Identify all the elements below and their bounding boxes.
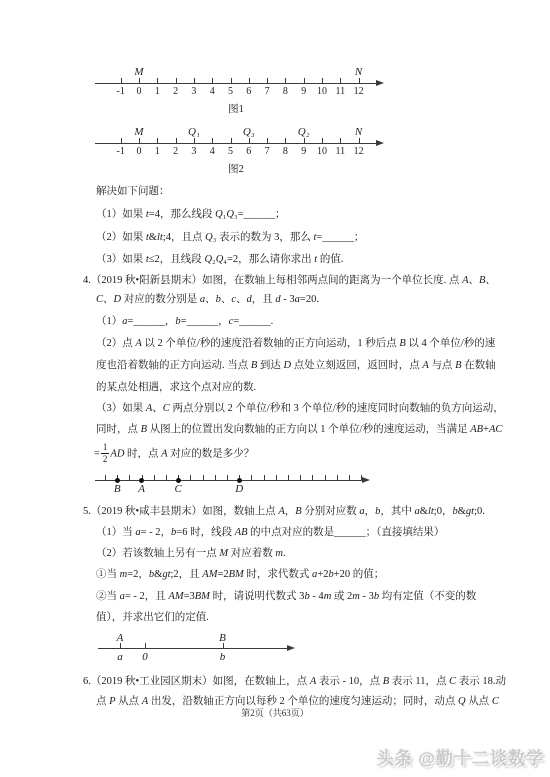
numberline-axis [95,83,377,84]
tick-mark [349,475,350,480]
numberline-axis [95,143,377,144]
point-label: b [211,651,235,663]
tick-mark [139,78,140,83]
problem4-line-5: 度也沿着数轴的正方向运动. 当点 B 到达 D 点处立刻返回，返回时，点 A 与… [96,358,496,374]
tick-label: 12 [347,146,371,157]
axis-arrow-icon [362,477,370,483]
fraction-suffix: AD 时，点 A 对应的数是多少？ [110,448,254,459]
point-label: Q₁ [182,126,206,138]
tick-mark [285,138,286,143]
tick-mark [249,78,250,83]
point-dot [115,478,120,483]
problem3-item-2: （2）如果 t&lt;4，且点 Q₃ 表示的数为 3，那么 t=______； [96,230,364,246]
tick-mark [276,475,277,480]
problem5-line-6: 值），并求出它们的定值. [96,610,209,626]
point-label: Q₂ [292,126,316,138]
problem6-line-1: 6.（2019 秋•工业园区期末）如图，在数轴上，点 A 表示 - 10，点 B… [83,674,506,690]
tick-mark [340,78,341,83]
tick-mark [267,78,268,83]
numberline-axis [95,480,363,481]
figure-caption: 图2 [95,161,377,176]
problem5-line-1: 5.（2019 秋•咸丰县期末）如图，数轴上点 A，B 分别对应数 a，b，其中… [83,504,485,520]
problem4-line-fraction: =12AD 时，点 A 对应的数是多少？ [94,443,254,465]
problem5-line-2: （1）当 a= - 2，b=6 时，线段 AB 的中点对应的数是______；（… [96,525,444,541]
problem5-line-3: （2）若该数轴上另有一点 M 对应着数 m. [96,546,286,562]
problem3-intro: 解决如下问题： [96,184,170,200]
tick-mark [227,475,228,480]
tick-mark [251,475,252,480]
figure-caption: 图1 [95,101,377,116]
tick-mark [359,138,360,143]
problem3-item-1: （1）如果 t=4，那么线段 Q₁Q₃=______； [96,207,286,223]
tick-mark [157,78,158,83]
problem4-line-4: （2）点 A 以 2 个单位/秒的速度沿着数轴的正方向运动，1 秒后点 B 以 … [96,336,495,352]
axis-arrow-icon [376,80,384,86]
tick-mark [322,78,323,83]
problem5-line-4: ①当 m=2，b&gt;2，且 AM=2BM 时，求代数式 a+2b+20 的值… [96,567,384,583]
problem4-line-2: C、D 对应的数分别是 a、b、c、d，且 d - 3a=20. [96,292,319,308]
tick-mark [340,138,341,143]
worksheet-page: -10123456789101112MN图1 -1012345678910111… [0,0,550,777]
tick-mark [194,78,195,83]
tick-mark [337,475,338,480]
tick-mark [157,138,158,143]
point-label: B [211,632,235,644]
tick-mark [231,138,232,143]
tick-mark [145,643,146,648]
tick-mark [105,475,106,480]
point-dot [237,478,242,483]
tick-label: 12 [347,86,371,97]
fraction-denominator: 2 [103,454,108,464]
tick-mark [300,475,301,480]
point-label: a [108,651,132,663]
tick-mark [312,475,313,480]
point-dot [176,478,181,483]
point-label: M [127,126,151,138]
fraction-one-half: 12 [101,443,110,465]
tick-mark [304,78,305,83]
tick-mark [190,475,191,480]
tick-mark [139,138,140,143]
problem4-numberline: BACD [90,470,380,500]
tick-mark [361,475,362,480]
tick-mark [285,78,286,83]
point-label: N [347,126,371,138]
page-footer: 第2页（共63页） [0,706,550,719]
point-label: D [227,483,251,495]
tick-mark [176,138,177,143]
problem4-line-1: 4.（2019 秋•阳新县期末）如图，在数轴上每相邻两点间的距离为一个单位长度.… [83,273,496,289]
point-label: Q₃ [237,126,261,138]
point-label: N [347,66,371,78]
tick-mark [154,475,155,480]
point-label: A [108,632,132,644]
tick-mark [264,475,265,480]
point-dot [139,478,144,483]
point-label: M [127,66,151,78]
problem4-line-3: （1）a=______，b=______，c=______. [96,314,273,330]
tick-mark [129,475,130,480]
problem3-item-3: （3）如果 t≤2，且线段 Q₂Q₄=2，那么请你求出 t 的值. [96,252,343,268]
figure1-numberline: -10123456789101112MN图1 [90,66,400,118]
point-label: A [130,483,154,495]
tick-mark [212,138,213,143]
point-label: 0 [133,651,157,663]
tick-mark [304,138,305,143]
tick-mark [288,475,289,480]
tick-mark [325,475,326,480]
problem4-line-7: （3）如果 A、C 两点分别以 2 个单位/秒和 3 个单位/秒的速度同时向数轴… [96,401,504,417]
tick-mark [212,78,213,83]
point-label: B [105,483,129,495]
tick-mark [194,138,195,143]
tick-mark [121,78,122,83]
problem4-line-6: 的某点处相遇，求这个点对应的数. [96,380,256,396]
tick-mark [249,138,250,143]
axis-arrow-icon [376,140,384,146]
tick-mark [176,78,177,83]
tick-mark [359,78,360,83]
tick-mark [203,475,204,480]
tick-mark [215,475,216,480]
tick-mark [267,138,268,143]
tick-mark [322,138,323,143]
problem5-line-5: ②当 a= - 2，且 AM=3BM 时，请说明代数式 3b - 4m 或 2m… [96,589,476,605]
point-label: C [166,483,190,495]
fraction-prefix: = [94,448,100,459]
watermark: 头条 @勤十二谈数学 [377,744,544,769]
tick-mark [231,78,232,83]
fraction-numerator: 1 [101,443,110,454]
numberline-axis [98,648,288,649]
problem4-line-8: 同时，点 B 从图上的位置出发向数轴的正方向以 1 个单位/秒的速度运动，当满足… [96,422,502,438]
tick-mark [166,475,167,480]
tick-mark [121,138,122,143]
figure2-numberline: -10123456789101112MQ₁Q₃Q₂N图2 [90,126,400,178]
axis-arrow-icon [287,645,295,651]
problem5-numberline: Aa0Bb [90,632,320,666]
